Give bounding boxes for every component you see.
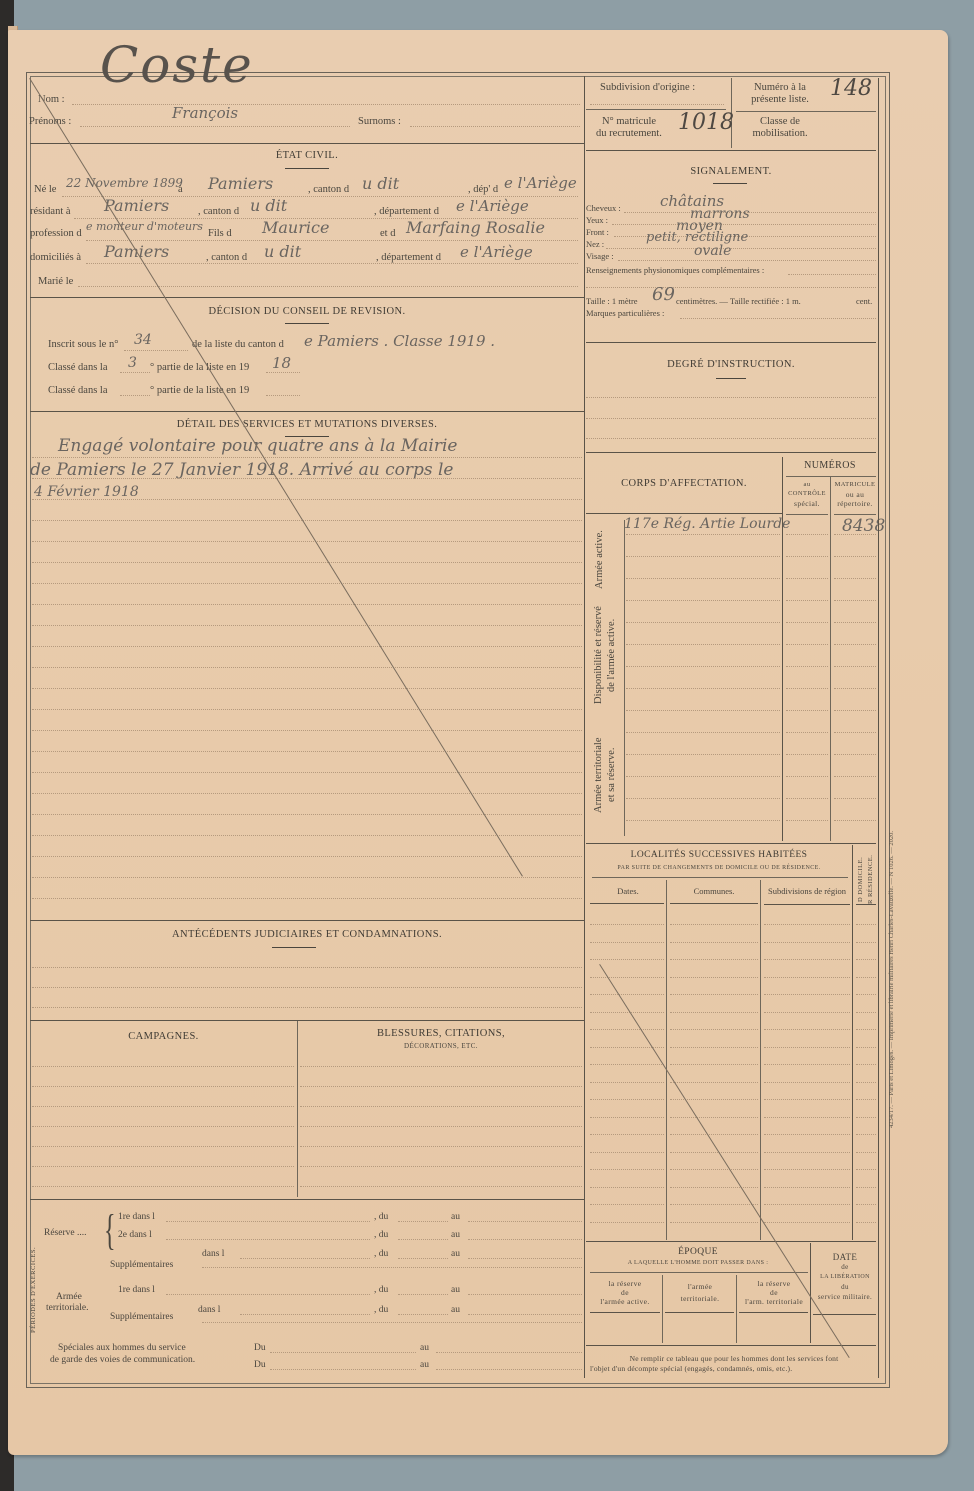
ruled-line: [626, 666, 780, 667]
ruled-line: [300, 1186, 582, 1187]
periode-field: [468, 1258, 582, 1259]
ruled-line: [786, 732, 828, 733]
speciales-au-1: au: [420, 1343, 429, 1353]
divider: [592, 877, 848, 878]
epoque-col1-line2: de: [588, 1288, 662, 1297]
ruled-line: [786, 666, 828, 667]
ruled-line: [32, 604, 582, 605]
periode-field: [240, 1314, 370, 1315]
cheveux-label: Cheveux :: [586, 203, 621, 213]
subdivision-label: Subdivision d'origine :: [600, 82, 695, 93]
ruled-line: [764, 1152, 850, 1153]
epoque-note-2: l'objet d'un décompte spécial (engagés, …: [590, 1364, 792, 1373]
ruled-line: [32, 856, 582, 857]
field-line: [270, 1352, 416, 1353]
periode-au-label: au: [451, 1249, 460, 1259]
heading-rule: [716, 378, 746, 379]
departement-label: , département d: [374, 206, 439, 217]
field-line: [86, 263, 578, 264]
classe1-mid: ° partie de la liste en 19: [150, 362, 249, 373]
territoriale-supp-dans-label: dans l: [198, 1305, 220, 1315]
speciales-du-1: Du: [254, 1343, 266, 1353]
divider: [586, 843, 876, 844]
ruled-line: [590, 1064, 664, 1065]
periode-au-label: au: [451, 1230, 460, 1240]
heading-rule: [713, 183, 747, 184]
divider: [856, 904, 876, 905]
ruled-line: [590, 1117, 664, 1118]
dr-line-1: D DOMICILE.: [857, 856, 864, 901]
field-line: [788, 274, 876, 275]
ruled-line: [32, 709, 582, 710]
epoque-col1-line1: la réserve: [588, 1279, 662, 1288]
field-line: [32, 987, 582, 988]
periode-field: [468, 1221, 582, 1222]
ruled-line: [626, 534, 780, 535]
ruled-line: [670, 1082, 758, 1083]
divider: [810, 1243, 811, 1343]
printer-imprint: 4234/17. — Paris et Limoges. — Imprimeri…: [888, 730, 895, 1230]
profession-value: e monteur d'moteurs: [86, 220, 203, 233]
epoque-col1: la réserve de l'armée active.: [588, 1279, 662, 1306]
localites-title: LOCALITÉS SUCCESSIVES HABITÉES: [586, 850, 852, 860]
ruled-line: [834, 732, 876, 733]
ruled-line: [626, 776, 780, 777]
reserve-supp-dans-label: dans l: [202, 1249, 224, 1259]
et-d-label: et d: [380, 228, 395, 239]
ruled-line: [300, 1126, 582, 1127]
matricule-value: 1018: [678, 110, 734, 135]
ruled-line: [856, 1099, 876, 1100]
divider: [30, 1020, 584, 1021]
reserve-supp-label: Supplémentaires: [110, 1260, 173, 1270]
canton2-label: , canton d: [198, 206, 239, 217]
periode-field: [166, 1294, 370, 1295]
front-label: Front :: [586, 227, 609, 237]
divider: [786, 514, 828, 515]
periode-field: [468, 1294, 582, 1295]
ruled-line: [764, 1222, 850, 1223]
divider: [586, 452, 876, 453]
territoriale-supp-label: Supplémentaires: [110, 1312, 173, 1322]
corps-entry: 117e Rég. Artie Lourde: [624, 516, 790, 532]
ruled-line: [764, 1012, 850, 1013]
ruled-line: [786, 688, 828, 689]
date-liberation-line3: LA LIBÉRATION: [812, 1272, 878, 1282]
field-line: [624, 212, 876, 213]
field-line: [270, 1369, 416, 1370]
residant-label: résidant à: [30, 206, 71, 217]
ruled-line: [670, 942, 758, 943]
periode-field: [468, 1314, 582, 1315]
ruled-line: [786, 644, 828, 645]
periode-field: [240, 1258, 370, 1259]
ruled-line: [786, 534, 828, 535]
ruled-line: [856, 1187, 876, 1188]
divider: [30, 1199, 584, 1200]
ruled-line: [32, 898, 582, 899]
ruled-line: [856, 959, 876, 960]
divider: [834, 514, 876, 515]
col-controle-2: CONTRÔLE: [784, 490, 830, 497]
ruled-line: [786, 710, 828, 711]
ruled-line: [856, 1082, 876, 1083]
prenoms-field: [80, 126, 350, 127]
etat-civil-title: ÉTAT CIVIL.: [30, 150, 584, 161]
corps-title: CORPS D'AFFECTATION.: [586, 478, 782, 489]
localites-subtitle: PAR SUITE DE CHANGEMENTS DE DOMICILE OU …: [586, 865, 852, 871]
periode-field: [398, 1258, 448, 1259]
ruled-line: [626, 820, 780, 821]
signalement-title: SIGNALEMENT.: [586, 166, 876, 177]
ruled-line: [834, 622, 876, 623]
ruled-line: [590, 959, 664, 960]
field-line: [266, 372, 300, 373]
services-line-3: 4 Février 1918: [34, 484, 139, 500]
ruled-line: [300, 1066, 582, 1067]
ruled-line: [856, 1134, 876, 1135]
periode-field: [398, 1294, 448, 1295]
ruled-line: [764, 1187, 850, 1188]
classe1-year: 18: [272, 354, 291, 372]
speciales-label-2: de garde des voies de communication.: [50, 1355, 195, 1365]
ruled-line: [32, 1146, 294, 1147]
visage-value: ovale: [694, 243, 731, 259]
yeux-label: Yeux :: [586, 215, 608, 225]
periode-field: [398, 1239, 448, 1240]
date-liberation-line4: du: [812, 1282, 878, 1292]
field-line: [586, 438, 876, 439]
disponibilite-line-1: Disponibilité et réservé: [593, 606, 604, 704]
instruction-title: DEGRÉ D'INSTRUCTION.: [586, 359, 876, 370]
ruled-line: [32, 457, 582, 458]
field-line: [266, 395, 300, 396]
epoque-col3: la réserve de l'arm. territoriale: [738, 1279, 810, 1306]
ruled-line: [32, 793, 582, 794]
departement-value: e l'Ariège: [456, 197, 529, 215]
nez-label: Nez :: [586, 239, 604, 249]
ruled-line: [626, 798, 780, 799]
nom-value: Coste: [100, 36, 254, 94]
a-value: Pamiers: [208, 174, 273, 193]
epoque-col2-line1: l'armée: [664, 1281, 736, 1293]
ruled-line: [300, 1086, 582, 1087]
col-subdivisions: Subdivisions de région: [762, 886, 852, 896]
armee-territoriale-label-1: Armée: [56, 1292, 82, 1302]
divider: [586, 513, 782, 514]
divider: [586, 342, 876, 343]
ruled-line: [786, 798, 828, 799]
ruled-line: [856, 977, 876, 978]
divider: [739, 1312, 808, 1313]
ruled-line: [590, 1204, 664, 1205]
brace: [624, 520, 625, 836]
ruled-line: [626, 622, 780, 623]
divider: [590, 1272, 808, 1273]
ruled-line: [590, 1029, 664, 1030]
ruled-line: [590, 1152, 664, 1153]
ruled-line: [834, 776, 876, 777]
classe2-label: Classé dans la: [48, 385, 108, 396]
ruled-line: [626, 644, 780, 645]
a-label: à: [178, 184, 183, 195]
ruled-line: [834, 666, 876, 667]
col-communes: Communes.: [668, 886, 760, 896]
ruled-line: [834, 710, 876, 711]
col-matricule-3: répertoire.: [832, 499, 878, 508]
ruled-line: [32, 814, 582, 815]
ruled-line: [856, 924, 876, 925]
ruled-line: [300, 1106, 582, 1107]
ruled-line: [32, 562, 582, 563]
periode-au-label: au: [451, 1305, 460, 1315]
ruled-line: [670, 1099, 758, 1100]
ruled-line: [590, 1187, 664, 1188]
ruled-line: [670, 1169, 758, 1170]
divider: [30, 297, 584, 298]
fils-label: Fils d: [208, 228, 232, 239]
epoque-note-1: Ne remplir ce tableau que pour les homme…: [586, 1354, 882, 1363]
field-line: [120, 372, 150, 373]
periode-du-label: , du: [374, 1249, 388, 1259]
ruled-line: [32, 688, 582, 689]
ruled-line: [856, 942, 876, 943]
ruled-line: [834, 556, 876, 557]
ruled-line: [670, 1222, 758, 1223]
antecedents-title: ANTÉCÉDENTS JUDICIAIRES ET CONDAMNATIONS…: [30, 929, 584, 940]
epoque-col2: l'armée territoriale.: [664, 1281, 736, 1305]
divider: [670, 903, 758, 904]
ruled-line: [670, 994, 758, 995]
divider: [852, 845, 853, 1240]
date-liberation-line5: service militaire.: [812, 1292, 878, 1302]
services-title: DÉTAIL DES SERVICES ET MUTATIONS DIVERSE…: [30, 419, 584, 430]
territoriale-1-label: 1re dans l: [118, 1285, 155, 1295]
ruled-line: [856, 994, 876, 995]
taille-rectifiee-label: centimètres. — Taille rectifiée : 1 m.: [676, 296, 801, 306]
numero-value: 148: [830, 76, 872, 101]
ruled-line: [590, 1099, 664, 1100]
cent-label: cent.: [856, 296, 872, 306]
ruled-line: [32, 1106, 294, 1107]
ruled-line: [590, 1134, 664, 1135]
ruled-line: [764, 924, 850, 925]
reserve-label: Réserve ....: [44, 1228, 86, 1238]
divider: [782, 457, 783, 841]
field-line: [32, 1007, 582, 1008]
periode-field: [398, 1221, 448, 1222]
field-line: [612, 224, 876, 225]
ruled-line: [834, 754, 876, 755]
visage-label: Visage :: [586, 251, 614, 261]
disponibilite-line-2: de l'armée active.: [606, 618, 617, 691]
date-liberation-line1: DATE: [812, 1252, 878, 1262]
heading-rule: [285, 168, 329, 169]
speciales-du-2: Du: [254, 1360, 266, 1370]
ruled-line: [856, 1222, 876, 1223]
ruled-line: [834, 798, 876, 799]
blessures-subtitle: DÉCORATIONS, ETC.: [298, 1042, 584, 1050]
periode-du-label: , du: [374, 1230, 388, 1240]
ruled-line: [856, 1064, 876, 1065]
canton3-value: u dit: [264, 242, 301, 261]
departement3-value: e l'Ariège: [460, 243, 533, 261]
ruled-line: [786, 622, 828, 623]
heading-rule: [272, 947, 316, 948]
divider: [736, 1275, 737, 1343]
classe1-label: Classé dans la: [48, 362, 108, 373]
ruled-line: [32, 835, 582, 836]
ruled-line: [786, 754, 828, 755]
ruled-line: [32, 1086, 294, 1087]
ruled-line: [626, 754, 780, 755]
field-line: [680, 318, 876, 319]
ruled-line: [590, 942, 664, 943]
ruled-line: [32, 1126, 294, 1127]
ruled-line: [626, 556, 780, 557]
field-line: [86, 240, 578, 241]
dept-label: , dép' d: [468, 184, 498, 195]
decision-title: DÉCISION DU CONSEIL DE REVISION.: [30, 306, 584, 317]
ruled-line: [590, 1169, 664, 1170]
periode-du-label: , du: [374, 1212, 388, 1222]
numero-label-2: présente liste.: [740, 94, 820, 105]
field-line: [586, 418, 876, 419]
territoriale-label: Armée territorialeet sa réserve.: [592, 720, 618, 830]
col-controle-1: au: [784, 481, 830, 488]
ruled-line: [786, 556, 828, 557]
periode-field: [202, 1267, 582, 1268]
marie-label: Marié le: [38, 276, 73, 287]
ruled-line: [764, 977, 850, 978]
ruled-line: [856, 1169, 876, 1170]
ruled-line: [626, 710, 780, 711]
divider: [586, 1345, 876, 1346]
periode-au-label: au: [451, 1285, 460, 1295]
ruled-line: [32, 751, 582, 752]
ruled-line: [590, 924, 664, 925]
speciales-label-1: Spéciales aux hommes du service: [58, 1343, 186, 1353]
field-line: [124, 350, 188, 351]
field-line: [436, 1352, 582, 1353]
periode-field: [398, 1314, 448, 1315]
ruled-line: [670, 977, 758, 978]
ruled-line: [834, 534, 876, 535]
ruled-line: [764, 1047, 850, 1048]
ruled-line: [764, 1169, 850, 1170]
periodes-side-label: PÉRIODES D'EXERCICES.: [30, 1210, 37, 1370]
field-line: [586, 287, 876, 288]
ruled-line: [856, 1152, 876, 1153]
periode-field: [202, 1322, 582, 1323]
ne-le-label: Né le: [34, 184, 56, 195]
canton-value: u dit: [362, 174, 399, 193]
campagnes-title: CAMPAGNES.: [30, 1031, 297, 1042]
ruled-line: [670, 1117, 758, 1118]
divider: [736, 111, 876, 112]
ruled-line: [626, 688, 780, 689]
divider: [878, 78, 879, 1378]
divider: [30, 143, 584, 144]
blessures-title: BLESSURES, CITATIONS,: [298, 1028, 584, 1039]
ruled-line: [670, 959, 758, 960]
armee-active-label: Armée active.: [594, 520, 605, 600]
ruled-line: [764, 959, 850, 960]
canton-label: , canton d: [308, 184, 349, 195]
dr-line-2: R RÉSIDENCE.: [867, 854, 874, 903]
classe2-mid: ° partie de la liste en 19: [150, 385, 249, 396]
ruled-line: [834, 644, 876, 645]
matricule-label-2: du recrutement.: [586, 128, 672, 139]
epoque-col3-line2: de: [738, 1288, 810, 1297]
ruled-line: [32, 1166, 294, 1167]
divider: [30, 411, 584, 412]
classe1-value: 3: [128, 355, 137, 371]
ruled-line: [32, 520, 582, 521]
ruled-line: [32, 646, 582, 647]
col-matricule-1: MATRICULE: [832, 481, 878, 488]
reserve-1-label: 1re dans l: [118, 1212, 155, 1222]
periode-du-label: , du: [374, 1305, 388, 1315]
classe-label-1: Classe de: [740, 116, 820, 127]
ruled-line: [670, 1152, 758, 1153]
ruled-line: [856, 1012, 876, 1013]
divider: [764, 904, 850, 905]
field-line: [32, 967, 582, 968]
reserve-brace: {: [104, 1210, 116, 1253]
ruled-line: [670, 1047, 758, 1048]
epoque-col3-line3: l'arm. territoriale: [738, 1297, 810, 1306]
ruled-line: [590, 977, 664, 978]
canton2-value: u dit: [250, 196, 287, 215]
disponibilite-label: Disponibilité et réservéde l'armée activ…: [592, 590, 618, 720]
ruled-line: [764, 1064, 850, 1065]
reserve-2-label: 2e dans l: [118, 1230, 152, 1240]
divider: [30, 920, 584, 921]
date-liberation: DATE de LA LIBÉRATION du service militai…: [812, 1252, 878, 1302]
taille-label: Taille : 1 mètre: [586, 296, 638, 306]
divider: [590, 1312, 660, 1313]
ruled-line: [764, 1134, 850, 1135]
ruled-line: [764, 1117, 850, 1118]
periode-au-label: au: [451, 1212, 460, 1222]
numero-label-1: Numéro à la: [740, 82, 820, 93]
divider: [666, 880, 667, 1240]
ruled-line: [32, 730, 582, 731]
ruled-line: [764, 1082, 850, 1083]
ne-le-value: 22 Novembre 1899: [66, 176, 183, 190]
territoriale-line-2: et sa réserve.: [606, 748, 617, 803]
ruled-line: [32, 772, 582, 773]
ruled-line: [32, 667, 582, 668]
residant-value: Pamiers: [104, 196, 169, 215]
divider: [586, 150, 876, 151]
divider: [760, 880, 761, 1240]
dr-label: D DOMICILE.R RÉSIDENCE.: [856, 850, 876, 908]
ruled-line: [626, 600, 780, 601]
ruled-line: [764, 942, 850, 943]
col-controle-3: spécial.: [784, 499, 830, 508]
ruled-line: [834, 688, 876, 689]
ruled-line: [626, 578, 780, 579]
ruled-line: [670, 1204, 758, 1205]
ruled-line: [764, 1029, 850, 1030]
ruled-line: [590, 1012, 664, 1013]
dept-value: e l'Ariège: [504, 174, 577, 192]
ruled-line: [856, 1047, 876, 1048]
epoque-col2-line2: territoriale.: [664, 1293, 736, 1305]
ruled-line: [670, 924, 758, 925]
